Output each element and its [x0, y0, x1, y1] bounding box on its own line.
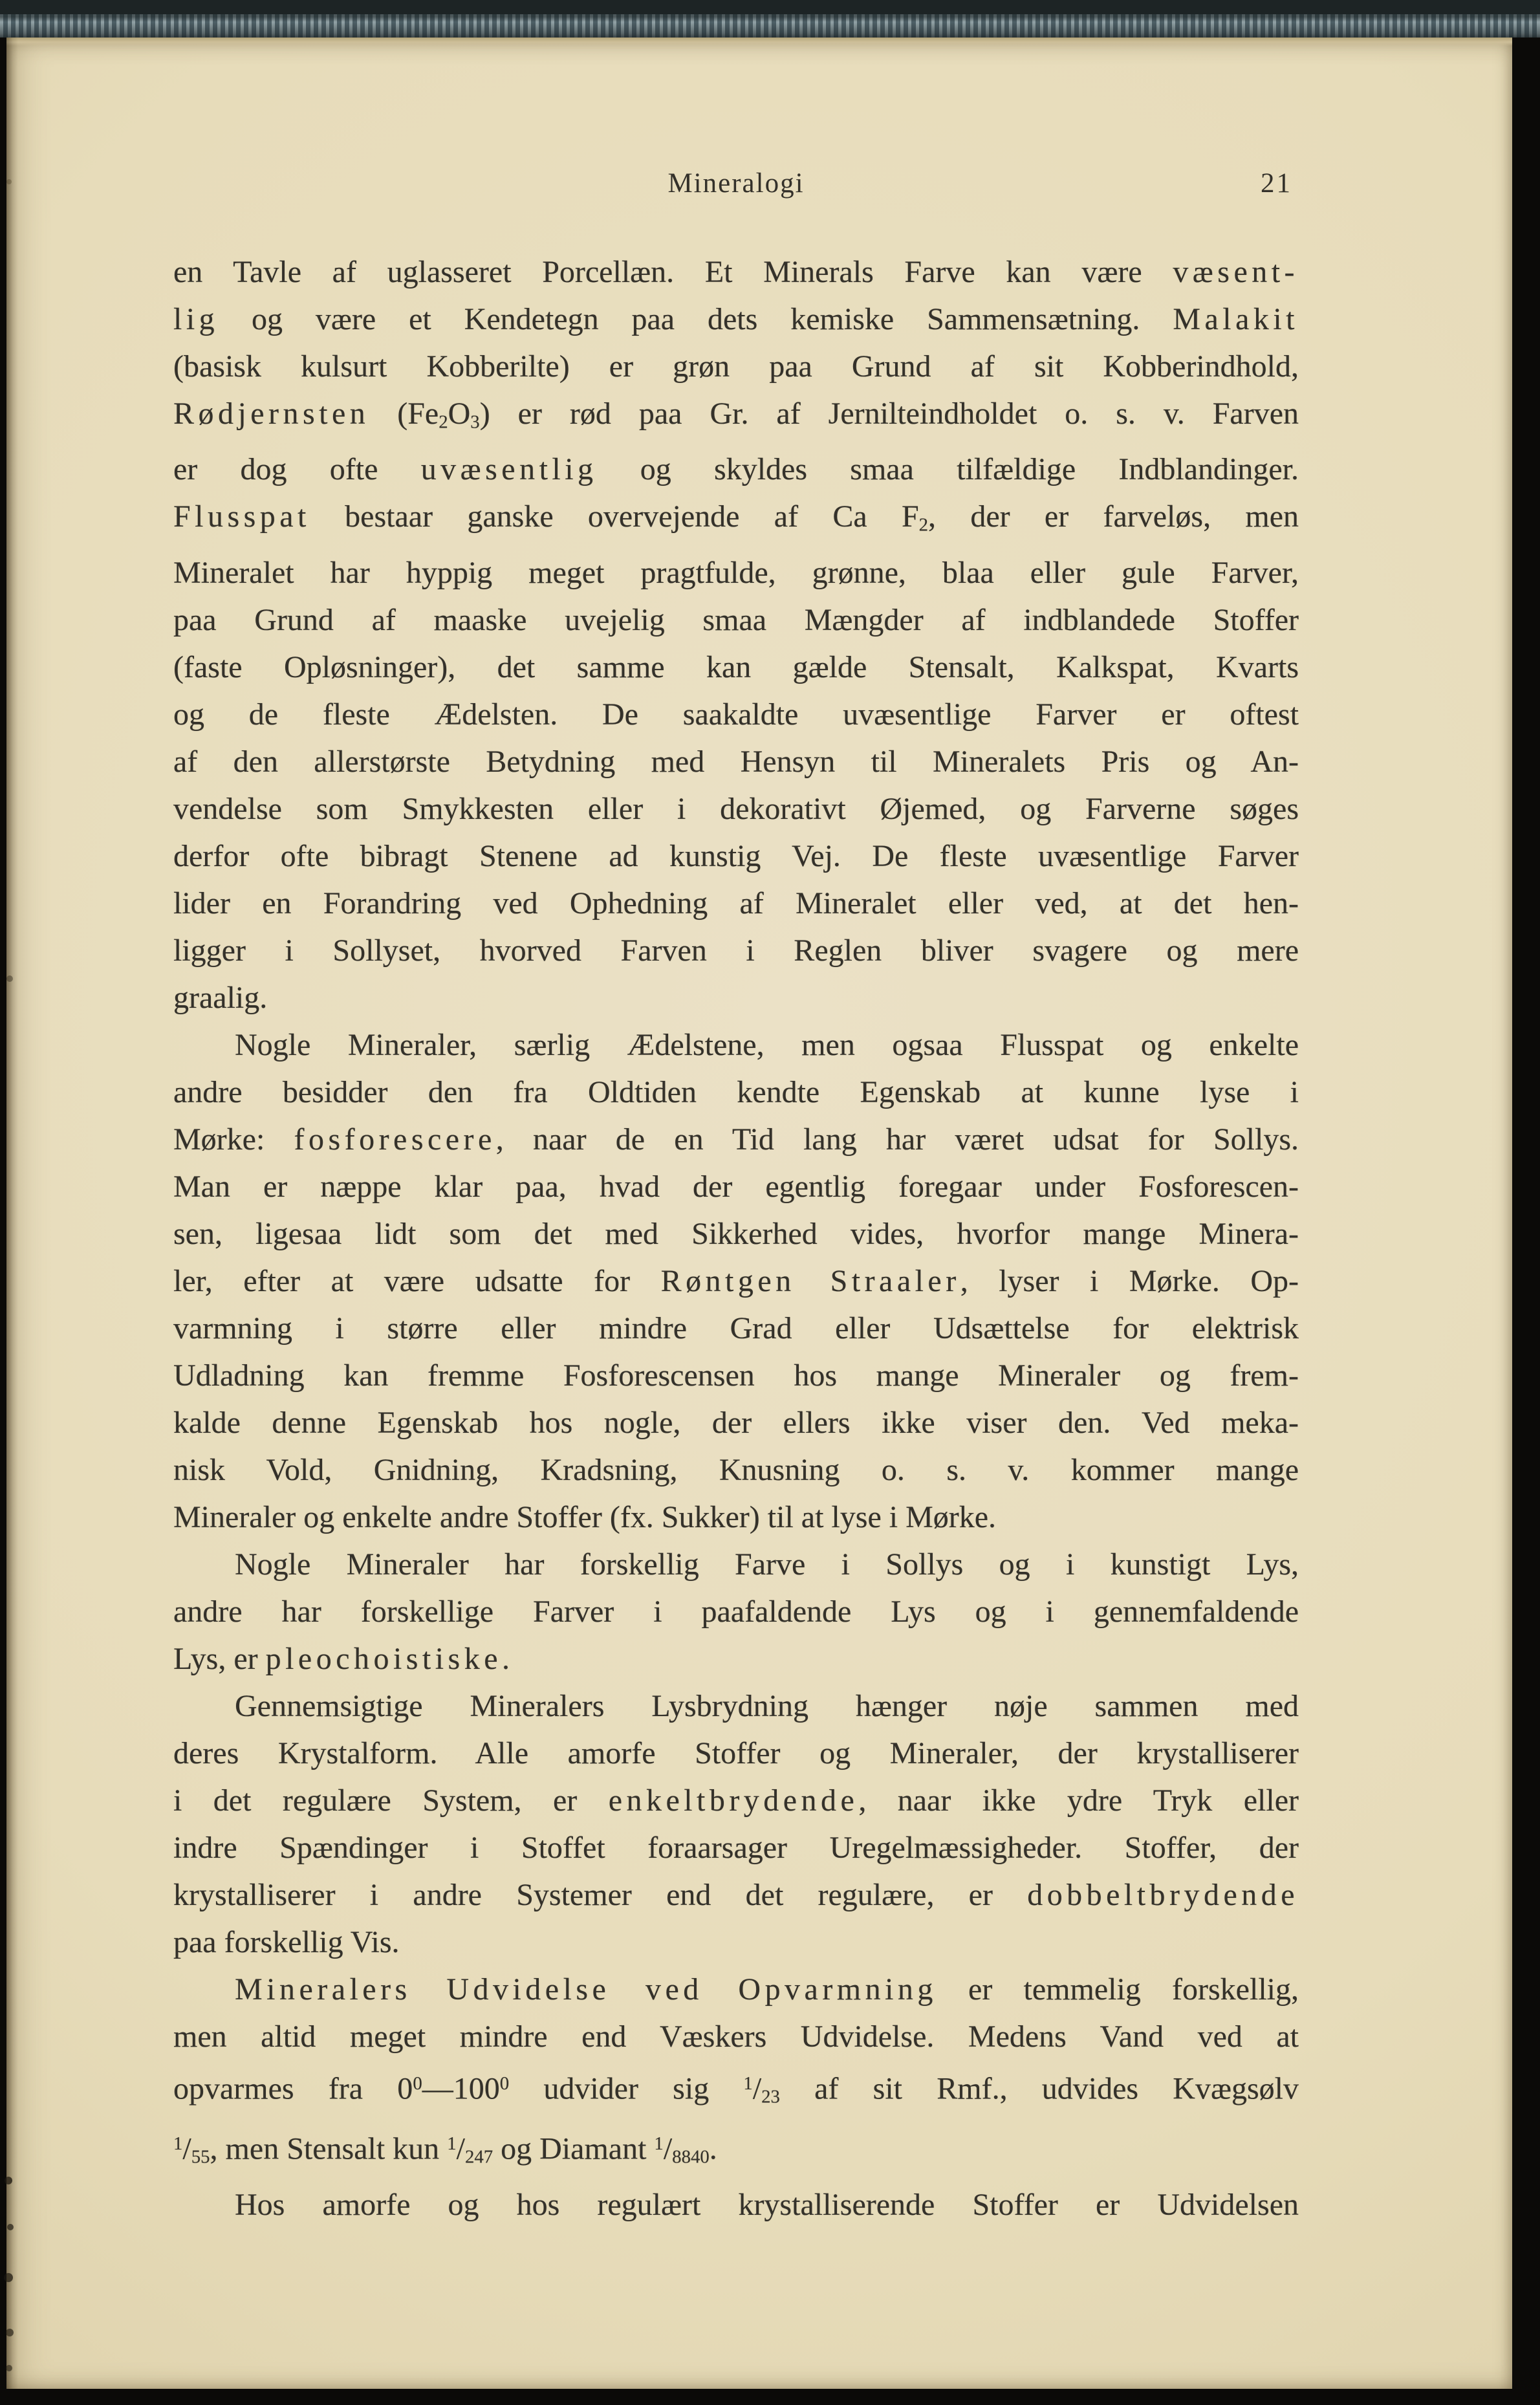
- running-title: Mineralogi: [173, 166, 1299, 202]
- text-line: kalde denne Egenskab hos nogle, der elle…: [173, 1399, 1299, 1446]
- text-line: 1/55, men Stensalt kun 1/247 og Diamant …: [173, 2120, 1299, 2181]
- book-page: Mineralogi 21 en Tavle af uglasseret Por…: [6, 38, 1512, 2389]
- text-line: Mineralers Udvidelse ved Opvarmning er t…: [173, 1966, 1299, 2013]
- text-line: lig og være et Kendetegn paa dets kemisk…: [173, 296, 1299, 343]
- text-line: Hos amorfe og hos regulært krystallisere…: [173, 2181, 1299, 2228]
- scan-background: Mineralogi 21 en Tavle af uglasseret Por…: [0, 0, 1540, 2405]
- text-line: lider en Forandring ved Ophedning af Min…: [173, 880, 1299, 927]
- paper-edge-specks: [8, 38, 12, 41]
- text-line: opvarmes fra 00—1000 udvider sig 1/23 af…: [173, 2060, 1299, 2121]
- text-line: paa forskellig Vis.: [173, 1919, 1299, 1966]
- text-line: ler, efter at være udsatte for Røntgen S…: [173, 1257, 1299, 1305]
- text-line: nisk Vold, Gnidning, Kradsning, Knusning…: [173, 1446, 1299, 1494]
- text-line: er dog ofte uvæsentlig og skyldes smaa t…: [173, 446, 1299, 493]
- text-line: Man er næppe klar paa, hvad der egentlig…: [173, 1163, 1299, 1210]
- text-line: derfor ofte bibragt Stenene ad kunstig V…: [173, 832, 1299, 880]
- text-line: Mineraler og enkelte andre Stoffer (fx. …: [173, 1494, 1299, 1541]
- text-line: (faste Opløsninger), det samme kan gælde…: [173, 644, 1299, 691]
- text-line: Nogle Mineraler, særlig Ædelstene, men o…: [173, 1021, 1299, 1069]
- text-line: i det regulære System, er enkeltbrydende…: [173, 1777, 1299, 1824]
- text-line: vendelse som Smykkesten eller i dekorati…: [173, 785, 1299, 832]
- text-line: ligger i Sollyset, hvorved Farven i Regl…: [173, 927, 1299, 974]
- text-line: deres Krystalform. Alle amorfe Stoffer o…: [173, 1730, 1299, 1777]
- text-line: af den allerstørste Betydning med Hensyn…: [173, 738, 1299, 785]
- text-line: paa Grund af maaske uvejelig smaa Mængde…: [173, 596, 1299, 644]
- text-line: og de fleste Ædelsten. De saakaldte uvæs…: [173, 691, 1299, 738]
- text-line: Udladning kan fremme Fosforescensen hos …: [173, 1352, 1299, 1399]
- body-text-block: en Tavle af uglasseret Porcellæn. Et Min…: [173, 248, 1299, 2228]
- text-line: sen, ligesaa lidt som det med Sikkerhed …: [173, 1210, 1299, 1257]
- text-line: indre Spændinger i Stoffet foraarsager U…: [173, 1824, 1299, 1871]
- text-line: andre har forskellige Farver i paafalden…: [173, 1588, 1299, 1635]
- text-line: Rødjernsten (Fe2O3) er rød paa Gr. af Je…: [173, 390, 1299, 446]
- text-line: (basisk kulsurt Kobberilte) er grøn paa …: [173, 343, 1299, 390]
- text-line: krystalliserer i andre Systemer end det …: [173, 1871, 1299, 1919]
- text-line: Mineralet har hyppig meget pragtfulde, g…: [173, 549, 1299, 596]
- book-binding-cloth: [0, 0, 1540, 38]
- page-number: 21: [1261, 166, 1292, 202]
- text-line: Lys, er pleochoistiske.: [173, 1635, 1299, 1682]
- page-header: Mineralogi 21: [173, 166, 1299, 203]
- text-line: Gennemsigtige Mineralers Lysbrydning hæn…: [173, 1682, 1299, 1730]
- text-line: graalig.: [173, 974, 1299, 1021]
- text-line: Mørke: fosforescere, naar de en Tid lang…: [173, 1116, 1299, 1163]
- scanned-book-page: { "colors": { "background": "#0b0a08", "…: [0, 0, 1540, 2405]
- text-line: en Tavle af uglasseret Porcellæn. Et Min…: [173, 248, 1299, 296]
- text-line: Nogle Mineraler har forskellig Farve i S…: [173, 1541, 1299, 1588]
- text-line: andre besidder den fra Oldtiden kendte E…: [173, 1069, 1299, 1116]
- text-line: Flusspat bestaar ganske overvejende af C…: [173, 493, 1299, 549]
- text-line: men altid meget mindre end Væskers Udvid…: [173, 2013, 1299, 2060]
- text-line: varmning i større eller mindre Grad elle…: [173, 1305, 1299, 1352]
